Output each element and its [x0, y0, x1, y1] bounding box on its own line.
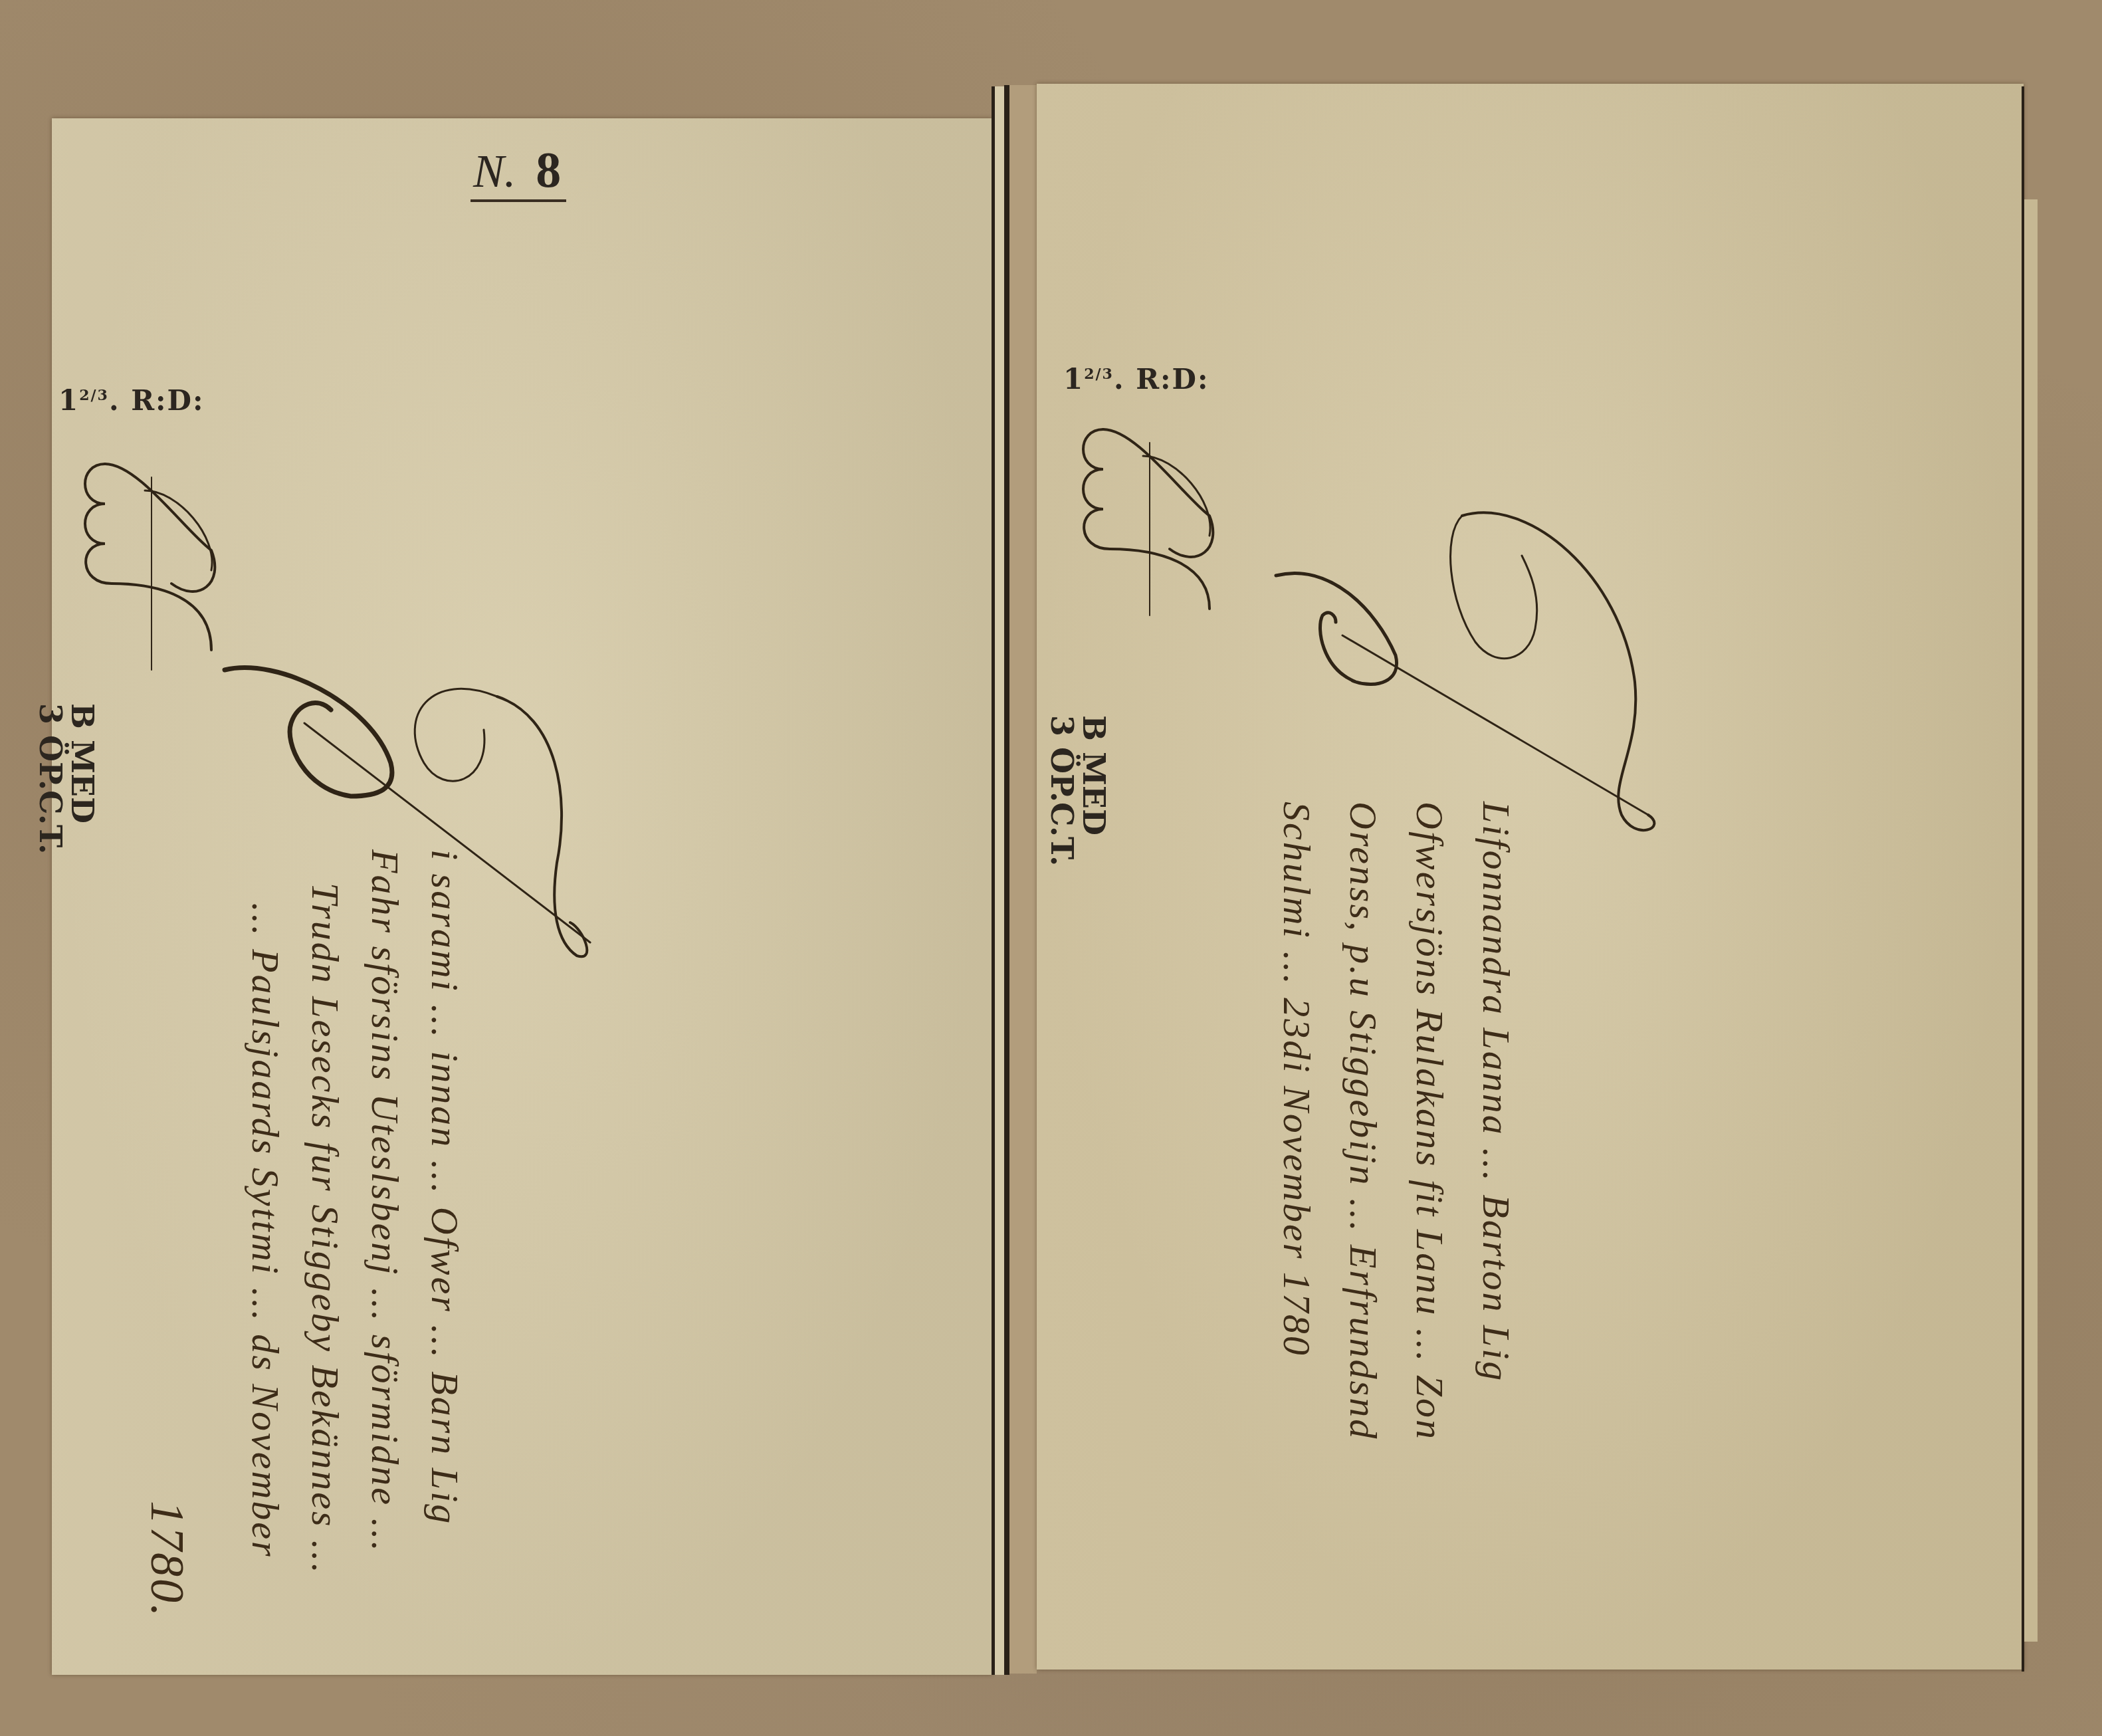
handwritten-line-1: i sarami ... innan ... Ofwer ... Barn Li…: [425, 849, 464, 1525]
handwritten-line-1: Lifonnandra Lanna ... Barton Lig: [1477, 802, 1515, 1382]
page-number-value: 8: [536, 142, 561, 198]
date-year: 1780.: [144, 1501, 191, 1618]
fee-text: . R:D:: [1114, 363, 1209, 395]
fee-prefix: 1: [1063, 363, 1084, 395]
stamp-line-1: B MED: [1076, 715, 1112, 835]
underlying-sheet-edge: [2024, 199, 2038, 1642]
stamp-line-1: B MED: [64, 703, 100, 823]
fold-edge-line: [1004, 85, 1009, 1675]
handwritten-line-4: ... Paulsjaards Syttmi ... ds November: [246, 903, 284, 1559]
fee-stamp: 12/3. R:D:: [1063, 363, 1209, 395]
fee-prefix: 1: [58, 384, 79, 417]
stamp-line-2: 3 ÖP.C.T.: [1044, 715, 1080, 866]
left-document-page: N.8 12/3. R:D: B MED 3 ÖP.C.T. i sarami …: [52, 118, 992, 1675]
spine-gap: [1009, 85, 1037, 1674]
monogram-stamp-icon: [1077, 416, 1236, 629]
fee-text: . R:D:: [109, 384, 205, 417]
handwritten-line-3: Orenss, p.u Stiggebijn ... Erfrundsnd: [1344, 802, 1382, 1440]
handwritten-line-3: Trudn Lesecks fur Stiggeby Bekännes ...: [306, 883, 344, 1575]
fee-fraction: 2/3: [1084, 366, 1114, 383]
folded-edge-strip: [995, 86, 1004, 1675]
right-document-page: 12/3. R:D: B MED 3 ÖP.C.T. Lifonnandra L…: [1037, 84, 2024, 1670]
stamp-line-2: 3 ÖP.C.T.: [33, 703, 68, 854]
fee-stamp: 12/3. R:D:: [58, 384, 204, 417]
page-number: N.8: [471, 145, 566, 202]
fee-fraction: 2/3: [79, 387, 109, 404]
handwritten-line-4: Schulmi ... 23di November 1780: [1277, 802, 1316, 1357]
handwritten-line-2: Fahr sförsins Uteslsbenj ... sförmidne .…: [366, 849, 404, 1553]
handwritten-line-2: Ofwersjöns Rulakans fit Lanu ... Zon: [1410, 802, 1449, 1441]
monogram-stamp-icon: [78, 451, 238, 677]
tax-stamp: B MED 3 ÖP.C.T.: [34, 703, 98, 854]
page-number-label: N.: [473, 146, 516, 197]
tax-stamp: B MED 3 ÖP.C.T.: [1045, 715, 1110, 866]
